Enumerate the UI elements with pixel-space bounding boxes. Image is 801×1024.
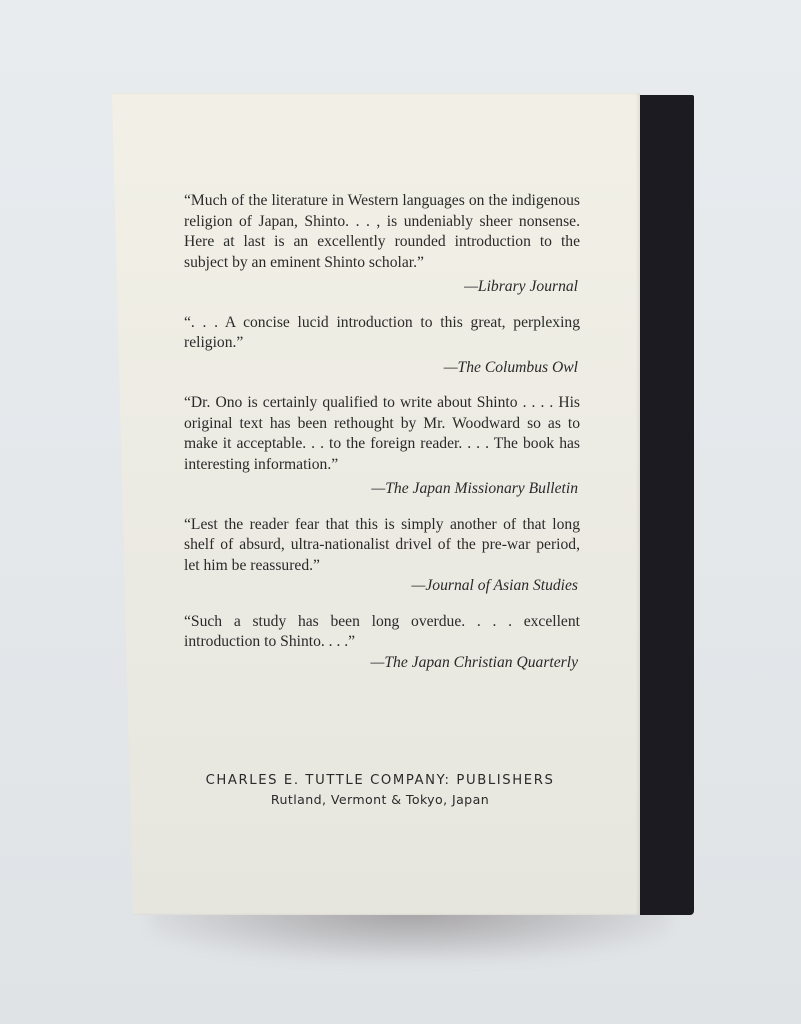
review-quote: “. . . A concise lucid introduction to t… bbox=[184, 313, 580, 354]
book: “Much of the literature in Western langu… bbox=[112, 93, 696, 916]
review: “Lest the reader fear that this is simpl… bbox=[184, 515, 580, 597]
review-source: —The Japan Christian Quarterly bbox=[184, 653, 578, 674]
review-source: —The Japan Missionary Bulletin bbox=[184, 479, 578, 500]
review-quote: “Lest the reader fear that this is simpl… bbox=[184, 515, 580, 577]
review-quote: “Dr. Ono is certainly qualified to write… bbox=[184, 393, 580, 475]
review-source: —Journal of Asian Studies bbox=[184, 576, 578, 597]
publisher-name: CHARLES E. TUTTLE COMPANY: PUBLISHERS bbox=[180, 773, 580, 788]
review-source: —Library Journal bbox=[184, 277, 578, 298]
book-spine bbox=[636, 95, 694, 915]
publisher-location: Rutland, Vermont & Tokyo, Japan bbox=[180, 792, 580, 807]
reviews-block: “Much of the literature in Western langu… bbox=[184, 191, 580, 688]
publisher-imprint: CHARLES E. TUTTLE COMPANY: PUBLISHERS Ru… bbox=[180, 773, 580, 807]
review: “Such a study has been long overdue. . .… bbox=[184, 612, 580, 674]
review-quote: “Such a study has been long overdue. . .… bbox=[184, 612, 580, 653]
review: “Dr. Ono is certainly qualified to write… bbox=[184, 393, 580, 500]
review: “. . . A concise lucid introduction to t… bbox=[184, 313, 580, 379]
review: “Much of the literature in Western langu… bbox=[184, 191, 580, 298]
review-quote: “Much of the literature in Western langu… bbox=[184, 191, 580, 273]
review-source: —The Columbus Owl bbox=[184, 358, 578, 379]
